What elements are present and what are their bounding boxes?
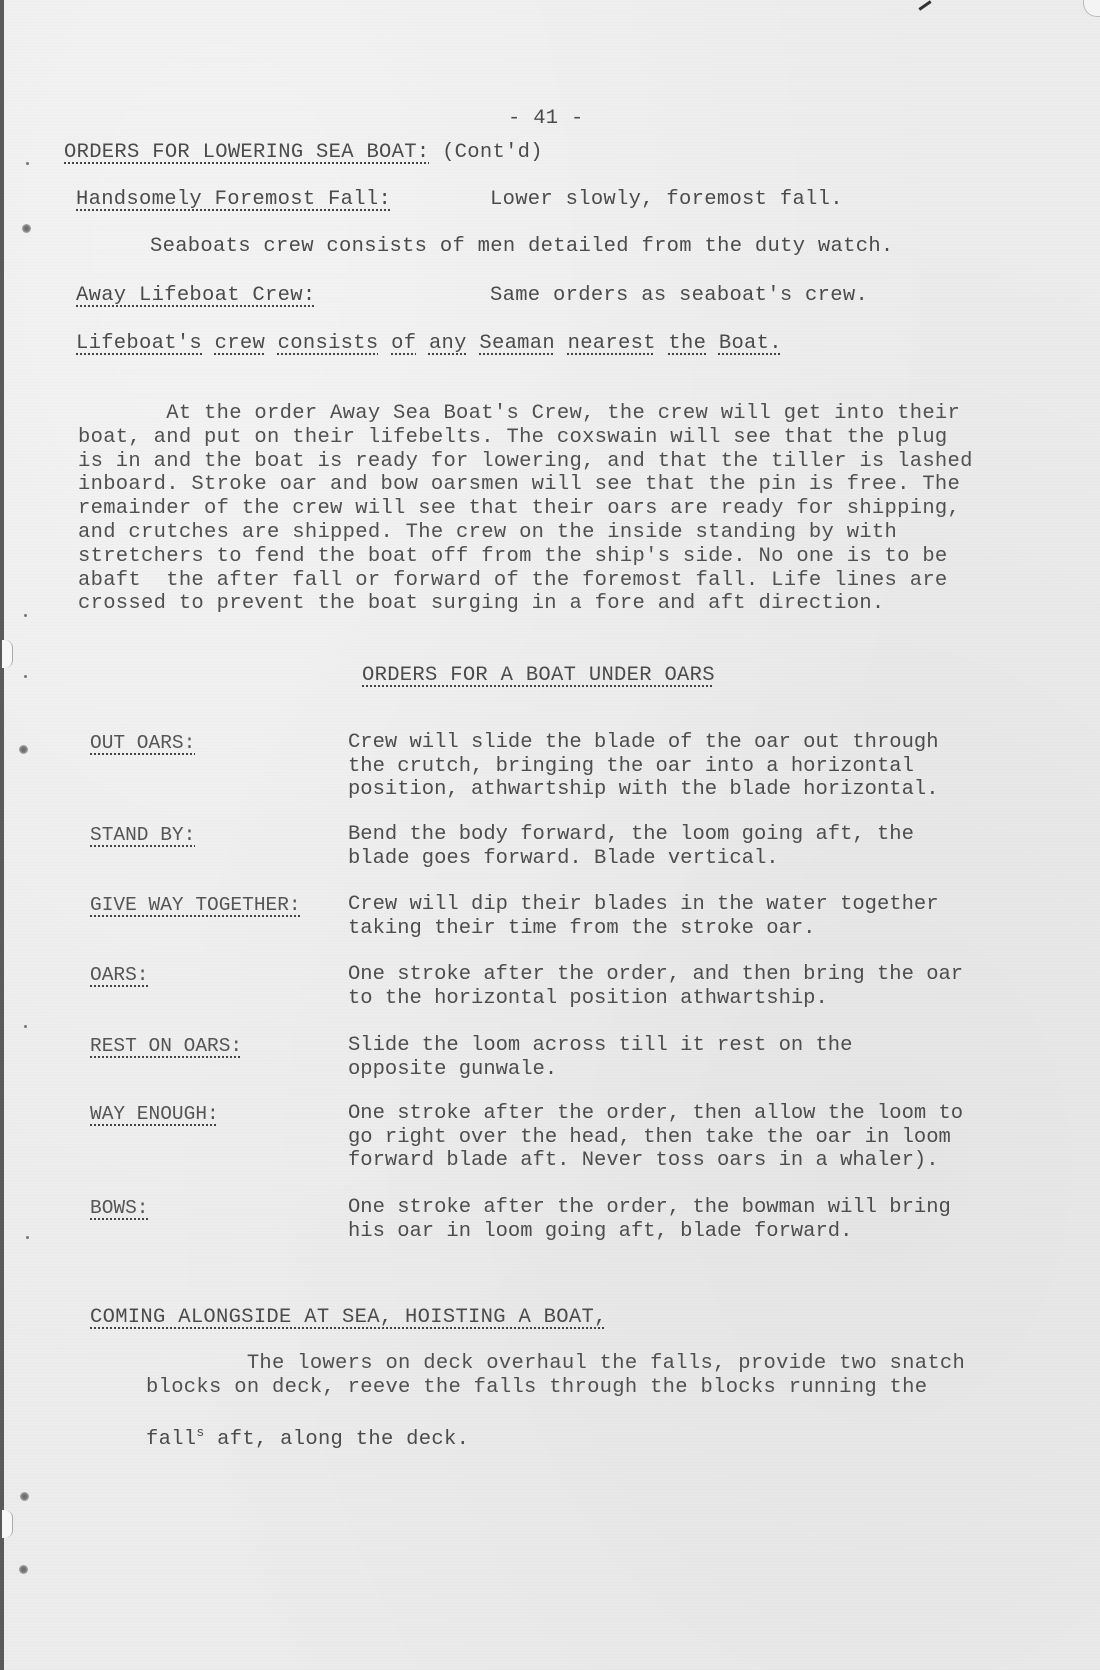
- order-label: STAND BY:: [90, 823, 195, 847]
- order-label-text: OUT OARS:: [90, 732, 195, 754]
- paper-speck: [24, 614, 27, 617]
- underlined-word: Lifeboat's: [76, 332, 202, 355]
- typewritten-page: - 41 - ORDERS FOR LOWERING SEA BOAT: (Co…: [0, 0, 1100, 1670]
- paper-speck: [24, 1025, 27, 1028]
- pen-mark: [918, 0, 931, 10]
- lowering-paragraph: At the order Away Sea Boat's Crew, the c…: [78, 402, 973, 616]
- order-label: WAY ENOUGH:: [90, 1102, 219, 1126]
- hoisting-paragraph: The lowers on deck overhaul the falls, p…: [146, 1352, 965, 1400]
- order-label: OARS:: [90, 963, 149, 987]
- paragraph-line: The lowers on deck overhaul the falls, p…: [146, 1352, 965, 1376]
- underlined-word: Seaman: [479, 332, 555, 355]
- heading-text: ORDERS FOR A BOAT UNDER OARS: [362, 664, 715, 687]
- paper-speck: [26, 162, 29, 165]
- paragraph-line: remainder of the crew will see that thei…: [78, 497, 973, 521]
- section-heading-hoisting: COMING ALONGSIDE AT SEA, HOISTING A BOAT…: [90, 1306, 607, 1330]
- paper-speck: [24, 675, 27, 678]
- order-label: OUT OARS:: [90, 731, 195, 755]
- paper-tear: [2, 640, 13, 668]
- punch-hole: [19, 745, 28, 754]
- section-heading-lowering: ORDERS FOR LOWERING SEA BOAT: (Cont'd): [64, 141, 543, 165]
- order-handsomely-text: Lower slowly, foremost fall.: [490, 188, 843, 212]
- heading-text: ORDERS FOR LOWERING SEA BOAT:: [64, 141, 429, 164]
- paragraph-line: and crutches are shipped. The crew on th…: [78, 521, 973, 545]
- underlined-word: any: [429, 332, 467, 355]
- order-description: Slide the loom across till it rest on th…: [348, 1034, 852, 1081]
- punch-hole: [19, 1565, 28, 1574]
- order-label-text: BOWS:: [90, 1197, 149, 1219]
- paragraph-line: abaft the after fall or forward of the f…: [78, 569, 973, 593]
- paper-tear: [2, 1510, 13, 1538]
- label-text: Away Lifeboat Crew:: [76, 284, 315, 307]
- heading-suffix: (Cont'd): [429, 141, 542, 164]
- underlined-word: the: [668, 332, 706, 355]
- section-heading-oars: ORDERS FOR A BOAT UNDER OARS: [362, 664, 715, 688]
- order-label-text: REST ON OARS:: [90, 1035, 242, 1057]
- heading-text: COMING ALONGSIDE AT SEA, HOISTING A BOAT…: [90, 1306, 607, 1329]
- corner-curl: [1083, 0, 1100, 17]
- paragraph-line: boat, and put on their lifebelts. The co…: [78, 426, 973, 450]
- order-away-lifeboat-label: Away Lifeboat Crew:: [76, 284, 315, 308]
- order-away-lifeboat-text: Same orders as seaboat's crew.: [490, 284, 868, 308]
- underlined-word: nearest: [568, 332, 656, 355]
- order-label: BOWS:: [90, 1196, 149, 1220]
- order-description: Bend the body forward, the loom going af…: [348, 823, 914, 870]
- order-label: GIVE WAY TOGETHER:: [90, 893, 301, 917]
- hoisting-last-line: falls aft, along the deck.: [146, 1428, 469, 1452]
- paragraph-line: is in and the boat is ready for lowering…: [78, 450, 973, 474]
- label-text: Handsomely Foremost Fall:: [76, 188, 391, 211]
- underlined-word: consists: [278, 332, 379, 355]
- order-handsomely-label: Handsomely Foremost Fall:: [76, 188, 391, 212]
- order-label-text: OARS:: [90, 964, 149, 986]
- punch-hole: [20, 1492, 29, 1501]
- paragraph-line: crossed to prevent the boat surging in a…: [78, 592, 973, 616]
- order-label-text: GIVE WAY TOGETHER:: [90, 894, 301, 916]
- paragraph-line: stretchers to fend the boat off from the…: [78, 545, 973, 569]
- order-description: One stroke after the order, and then bri…: [348, 963, 963, 1010]
- word-fall: fall: [146, 1428, 196, 1451]
- seaboats-crew-note: Seaboats crew consists of men detailed f…: [150, 235, 894, 259]
- order-label-text: STAND BY:: [90, 824, 195, 846]
- paragraph-line: inboard. Stroke oar and bow oarsmen will…: [78, 473, 973, 497]
- page-number: - 41 -: [508, 107, 584, 131]
- underlined-word: Boat.: [719, 332, 782, 355]
- underlined-word: of: [391, 332, 416, 355]
- lifeboat-crew-statement: Lifeboat's crew consists of any Seaman n…: [76, 332, 782, 356]
- page-binding-edge: [0, 0, 4, 1670]
- superscript-s: s: [196, 1425, 204, 1440]
- paragraph-line: blocks on deck, reeve the falls through …: [146, 1376, 965, 1400]
- punch-hole: [22, 224, 31, 233]
- order-description: Crew will slide the blade of the oar out…: [348, 731, 939, 802]
- order-description: One stroke after the order, the bowman w…: [348, 1196, 951, 1243]
- order-description: Crew will dip their blades in the water …: [348, 893, 939, 940]
- order-label: REST ON OARS:: [90, 1034, 242, 1058]
- line-rest: aft, along the deck.: [205, 1428, 470, 1451]
- underlined-word: crew: [215, 332, 265, 355]
- paragraph-line: At the order Away Sea Boat's Crew, the c…: [78, 402, 973, 426]
- order-label-text: WAY ENOUGH:: [90, 1103, 219, 1125]
- order-description: One stroke after the order, then allow t…: [348, 1102, 963, 1173]
- paper-speck: [26, 1236, 29, 1239]
